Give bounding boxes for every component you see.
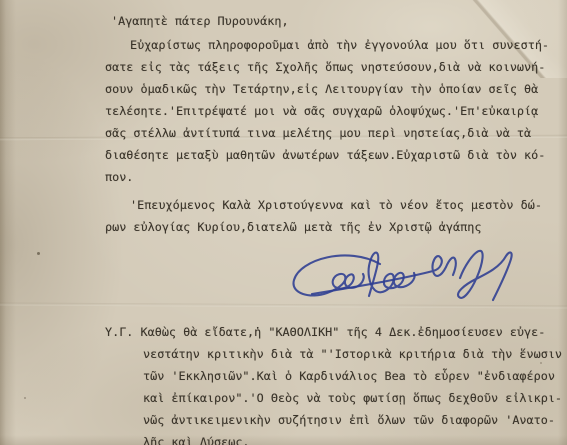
- letter-line: καὶ ἐπίκαιρον".'Ο Θεὸς νὰ τοὺς φωτίσῃ ὅπ…: [143, 387, 562, 409]
- letter-line: τελέσητε.'Επιτρέψατέ μοι νὰ σᾶς συγχαρῶ …: [105, 100, 549, 122]
- letter-line: σατε εἰς τὰς τάξεις τῆς Σχολῆς ὅπως νηστ…: [105, 56, 549, 78]
- letter-page: 'Αγαπητὲ πάτερ Πυρουνάκη, Εὐχαρίστως πλη…: [0, 0, 567, 445]
- letter-line: νῶς ἀντικειμενικὴν συζήτησιν ἐπὶ ὅλων τῶ…: [143, 409, 562, 431]
- letter-line: Εὐχαρίστως πληροφοροῦμαι ἀπὸ τὴν ἐγγονού…: [130, 34, 549, 56]
- letter-line: νεστάτην κριτικὴν διὰ τὰ "'Ιστορικὰ κριτ…: [143, 343, 562, 365]
- letter-line: λῆς καὶ Δύσεως.: [143, 431, 562, 445]
- letter-line: τῶν 'Εκκλησιῶν".Καὶ ὁ Καρδινάλιος Bea τὸ…: [143, 365, 562, 387]
- letter-line: ρων εὐλογίας Κυρίου,διατελῶ μετὰ τῆς ἐν …: [105, 216, 542, 238]
- signature: [284, 243, 520, 305]
- paragraph-2: 'Επευχόμενος Καλὰ Χριστούγεννα καὶ τὸ νέ…: [105, 194, 542, 238]
- letter-line: πον.: [105, 166, 549, 188]
- postscript: Υ.Γ. Καθὼς θὰ εἴδατε,ἡ "ΚΑΘΟΛΙΚΗ" τῆς 4 …: [105, 321, 562, 445]
- letter-line: Υ.Γ. Καθὼς θὰ εἴδατε,ἡ "ΚΑΘΟΛΙΚΗ" τῆς 4 …: [105, 321, 562, 343]
- paper-speck: [24, 397, 26, 399]
- paragraph-1: Εὐχαρίστως πληροφοροῦμαι ἀπὸ τὴν ἐγγονού…: [105, 34, 549, 188]
- letter-line: διαθέσητε μεταξὺ μαθητῶν ἀνωτέρων τάξεων…: [105, 144, 549, 166]
- letter-line: σᾶς στέλλω ἀντίτυπά τινα μελέτης μου περ…: [105, 122, 549, 144]
- letter-line: σουν ὁμαδικῶς τὴν Τετάρτην,εἰς Λειτουργί…: [105, 78, 549, 100]
- salutation: 'Αγαπητὲ πάτερ Πυρουνάκη,: [111, 10, 289, 32]
- letter-line: 'Επευχόμενος Καλὰ Χριστούγεννα καὶ τὸ νέ…: [130, 194, 542, 216]
- paper-speck: [37, 252, 40, 255]
